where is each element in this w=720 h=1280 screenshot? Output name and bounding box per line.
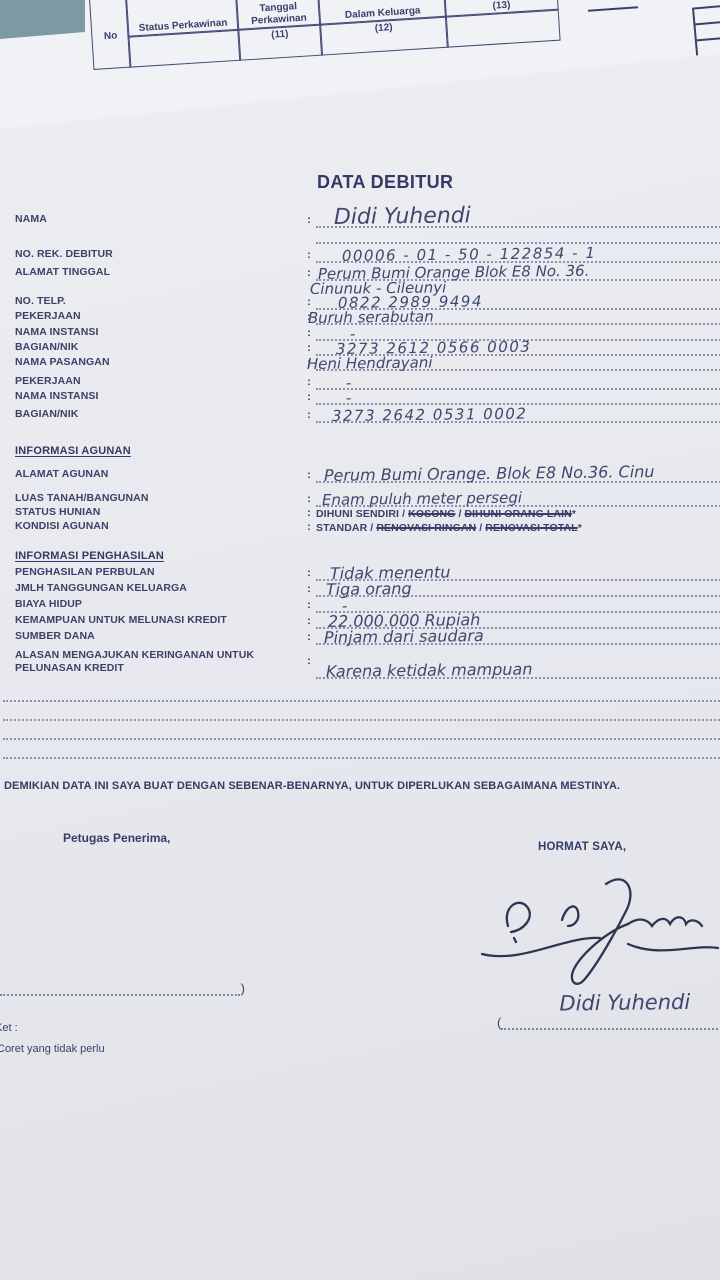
options-line: STANDAR / RENOVASI RINGAN / RENOVASI TOT… <box>316 522 720 535</box>
filler-lines <box>15 683 720 759</box>
colon: : <box>302 493 316 507</box>
field-label: NAMA <box>15 213 302 228</box>
field-alasan-keringanan: ALASAN MENGAJUKAN KERINGANAN UNTUK PELUN… <box>15 645 720 679</box>
field-label: KONDISI AGUNAN <box>15 520 302 535</box>
signature-drawing <box>478 870 720 998</box>
line-space: Cinunuk - Cileunyi <box>316 282 720 294</box>
colon: : <box>302 342 316 356</box>
dotted-line <box>0 981 239 996</box>
option-kosong-struck: KOSONG <box>408 508 455 520</box>
dotted-line <box>316 242 720 244</box>
dotted-line: Enam puluh meter persegi <box>316 493 720 507</box>
dotted-line: - <box>316 376 720 390</box>
bg-table-right-fragment <box>692 5 720 56</box>
field-tanggungan-keluarga: JMLH TANGGUNGAN KELUARGA : Tiga orang <box>15 581 720 597</box>
field-alamat-agunan: ALAMAT AGUNAN : Perum Bumi Orange. Blok … <box>15 457 720 483</box>
option-separator: / <box>476 522 485 534</box>
dotted-line: Tiga orang <box>316 582 720 597</box>
colon: : <box>302 567 316 581</box>
field-label: PENGHASILAN PERBULAN <box>15 566 302 581</box>
close-paren: ) <box>240 981 246 996</box>
handwritten-nik: 3273 2642 0531 0002 <box>332 407 528 424</box>
field-label: ALAMAT TINGGAL <box>15 266 302 281</box>
sign-right-label: HORMAT SAYA, <box>538 841 626 853</box>
dotted-line: Buruh serabutan <box>316 311 720 325</box>
field-label: KEMAMPUAN UNTUK MELUNASI KREDIT <box>15 614 302 629</box>
field-label: NAMA INSTANSI <box>15 326 302 341</box>
colon: : <box>302 469 316 483</box>
colon: : <box>302 391 316 405</box>
dotted-line: Karena ketidak mampuan <box>316 664 720 679</box>
empty-dotted-line <box>3 683 720 702</box>
field-label: ALAMAT AGUNAN <box>15 468 302 483</box>
colon: : <box>302 521 316 535</box>
field-label-line2: PELUNASAN KREDIT <box>15 662 124 674</box>
field-nama: NAMA : Didi Yuhendi <box>15 196 720 228</box>
main-form-sheet: DATA DEBITUR NAMA : Didi Yuhendi : NO. R… <box>0 0 720 1280</box>
option-renovasi-total-struck: RENOVASI TOTAL <box>485 522 577 534</box>
field-sumber-dana: SUMBER DANA : Pinjam dari saudara <box>15 629 720 645</box>
field-alamat-tinggal-2: : Cinunuk - Cileunyi <box>15 281 720 294</box>
colon: : <box>302 376 316 390</box>
dotted-line: Perum Bumi Orange. Blok E8 No.36. Cinu <box>316 468 720 483</box>
dotted-line: 3273 2642 0531 0002 <box>316 409 720 423</box>
handwritten-dash: - <box>346 391 352 406</box>
dotted-line: 00006 - 01 - 50 - 122854 - 1 <box>316 249 720 263</box>
bg-num-empty <box>128 29 241 68</box>
empty-dotted-line <box>3 740 720 759</box>
footnote-ket: Ket : <box>0 1022 18 1034</box>
form-content: DATA DEBITUR NAMA : Didi Yuhendi : NO. R… <box>0 0 720 1280</box>
form-title: DATA DEBITUR <box>317 172 720 196</box>
petugas-signature-line: ( ) <box>0 981 246 996</box>
field-label-two-line: ALASAN MENGAJUKAN KERINGANAN UNTUK PELUN… <box>15 649 302 675</box>
handwritten-name: Didi Yuhendi <box>334 205 471 229</box>
field-nama-instansi: NAMA INSTANSI : - <box>15 325 720 341</box>
option-dihuni-sendiri: DIHUNI SENDIRI <box>316 508 399 520</box>
dotted-line: - <box>316 391 720 405</box>
option-standar: STANDAR <box>316 522 367 534</box>
photo-of-debtor-form: No Status Perkawinan Tanggal Perkawinan … <box>0 0 720 1280</box>
field-label: BIAYA HIDUP <box>15 598 302 613</box>
colon: : <box>302 409 316 423</box>
field-penghasilan-perbulan: PENGHASILAN PERBULAN : Tidak menentu <box>15 562 720 581</box>
options-line: DIHUNI SENDIRI / KOSONG / DIHUNI ORANG L… <box>316 508 720 521</box>
handwritten-reason: Karena ketidak mampuan <box>326 661 533 680</box>
field-label-line1: ALASAN MENGAJUKAN KERINGANAN UNTUK <box>15 649 254 661</box>
handwritten-dependents: Tiga orang <box>326 581 412 598</box>
bg-table-dash <box>588 6 638 11</box>
handwritten-collateral-address: Perum Bumi Orange. Blok E8 No.36. Cinu <box>324 464 655 484</box>
dotted-line <box>501 1015 720 1030</box>
bg-num-13-empty <box>445 9 560 48</box>
dotted-line: Heni Hendrayani <box>316 357 720 371</box>
kondisi-agunan-options: STANDAR / RENOVASI RINGAN / RENOVASI TOT… <box>316 522 582 535</box>
colon: : <box>302 655 316 669</box>
footnote-note: Coret yang tidak perlu <box>0 1043 105 1055</box>
field-pekerjaan: PEKERJAAN : Buruh serabutan <box>15 310 720 325</box>
colon: : <box>302 267 316 281</box>
section-heading-agunan: INFORMASI AGUNAN <box>15 445 720 457</box>
handwritten-spouse-name: Heni Hendrayani <box>307 355 433 372</box>
bg-num-12: (12) <box>320 16 449 56</box>
field-label <box>15 292 302 294</box>
field-label: PEKERJAAN <box>15 375 302 390</box>
status-hunian-options: DIHUNI SENDIRI / KOSONG / DIHUNI ORANG L… <box>316 508 576 521</box>
field-empty-line: : <box>15 228 720 244</box>
closing-statement: DEMIKIAN DATA INI SAYA BUAT DENGAN SEBEN… <box>4 780 704 792</box>
colon: : <box>302 296 316 310</box>
bg-num-11: (11) <box>238 24 323 61</box>
empty-dotted-line <box>3 702 720 721</box>
colon: : <box>302 507 316 521</box>
option-dihuni-orang-lain-struck: DIHUNI ORANG LAIN <box>464 508 571 520</box>
field-label: NO. REK. DEBITUR <box>15 248 302 263</box>
signer-name-line: ( <box>497 1015 720 1030</box>
field-pekerjaan-pasangan: PEKERJAAN : - <box>15 371 720 390</box>
field-no-rek-debitur: NO. REK. DEBITUR : 00006 - 01 - 50 - 122… <box>15 244 720 263</box>
desk-surface <box>0 0 85 39</box>
field-label: NAMA INSTANSI <box>15 390 302 405</box>
field-nama-pasangan: NAMA PASANGAN : Heni Hendrayani <box>15 356 720 371</box>
colon: : <box>302 249 316 263</box>
dotted-line: Didi Yuhendi <box>316 207 720 228</box>
field-label: PEKERJAAN <box>15 310 302 325</box>
section-heading-penghasilan: INFORMASI PENGHASILAN <box>15 550 720 562</box>
field-luas-tanah: LUAS TANAH/BANGUNAN : Enam puluh meter p… <box>15 483 720 507</box>
option-separator: / <box>367 522 376 534</box>
asterisk: * <box>572 508 576 520</box>
field-kondisi-agunan: KONDISI AGUNAN : STANDAR / RENOVASI RING… <box>15 521 720 535</box>
colon: : <box>302 599 316 613</box>
field-label: LUAS TANAH/BANGUNAN <box>15 492 302 507</box>
asterisk: * <box>578 522 582 534</box>
field-label: SUMBER DANA <box>15 630 302 645</box>
colon: : <box>302 327 316 341</box>
colon: : <box>302 583 316 597</box>
field-label <box>15 242 302 244</box>
field-nama-instansi-pasangan: NAMA INSTANSI : - <box>15 390 720 405</box>
field-label: BAGIAN/NIK <box>15 408 302 423</box>
option-separator: / <box>399 508 408 520</box>
sign-left-label: Petugas Penerima, <box>63 831 170 845</box>
colon: : <box>302 631 316 645</box>
colon: : <box>302 214 316 228</box>
handwritten-occupation: Buruh serabutan <box>308 309 434 326</box>
background-form-table: No Status Perkawinan Tanggal Perkawinan … <box>90 0 561 70</box>
bg-col-no: No <box>88 0 131 70</box>
dotted-line: Pinjam dari saudara <box>316 630 720 645</box>
handwritten-signer-name: Didi Yuhendi <box>520 991 720 1015</box>
field-label: STATUS HUNIAN <box>15 506 302 521</box>
option-renovasi-ringan-struck: RENOVASI RINGAN <box>376 522 476 534</box>
empty-dotted-line <box>3 721 720 740</box>
field-label: BAGIAN/NIK <box>15 341 302 356</box>
field-label: NO. TELP. <box>15 295 302 310</box>
field-label: JMLH TANGGUNGAN KELUARGA <box>15 582 302 597</box>
field-label: NAMA PASANGAN <box>15 356 302 371</box>
colon: : <box>302 615 316 629</box>
field-bagian-nik-pasangan: BAGIAN/NIK : 3273 2642 0531 0002 <box>15 405 720 423</box>
handwritten-fund-source: Pinjam dari saudara <box>324 628 484 646</box>
handwritten-land-area: Enam puluh meter persegi <box>322 491 522 508</box>
